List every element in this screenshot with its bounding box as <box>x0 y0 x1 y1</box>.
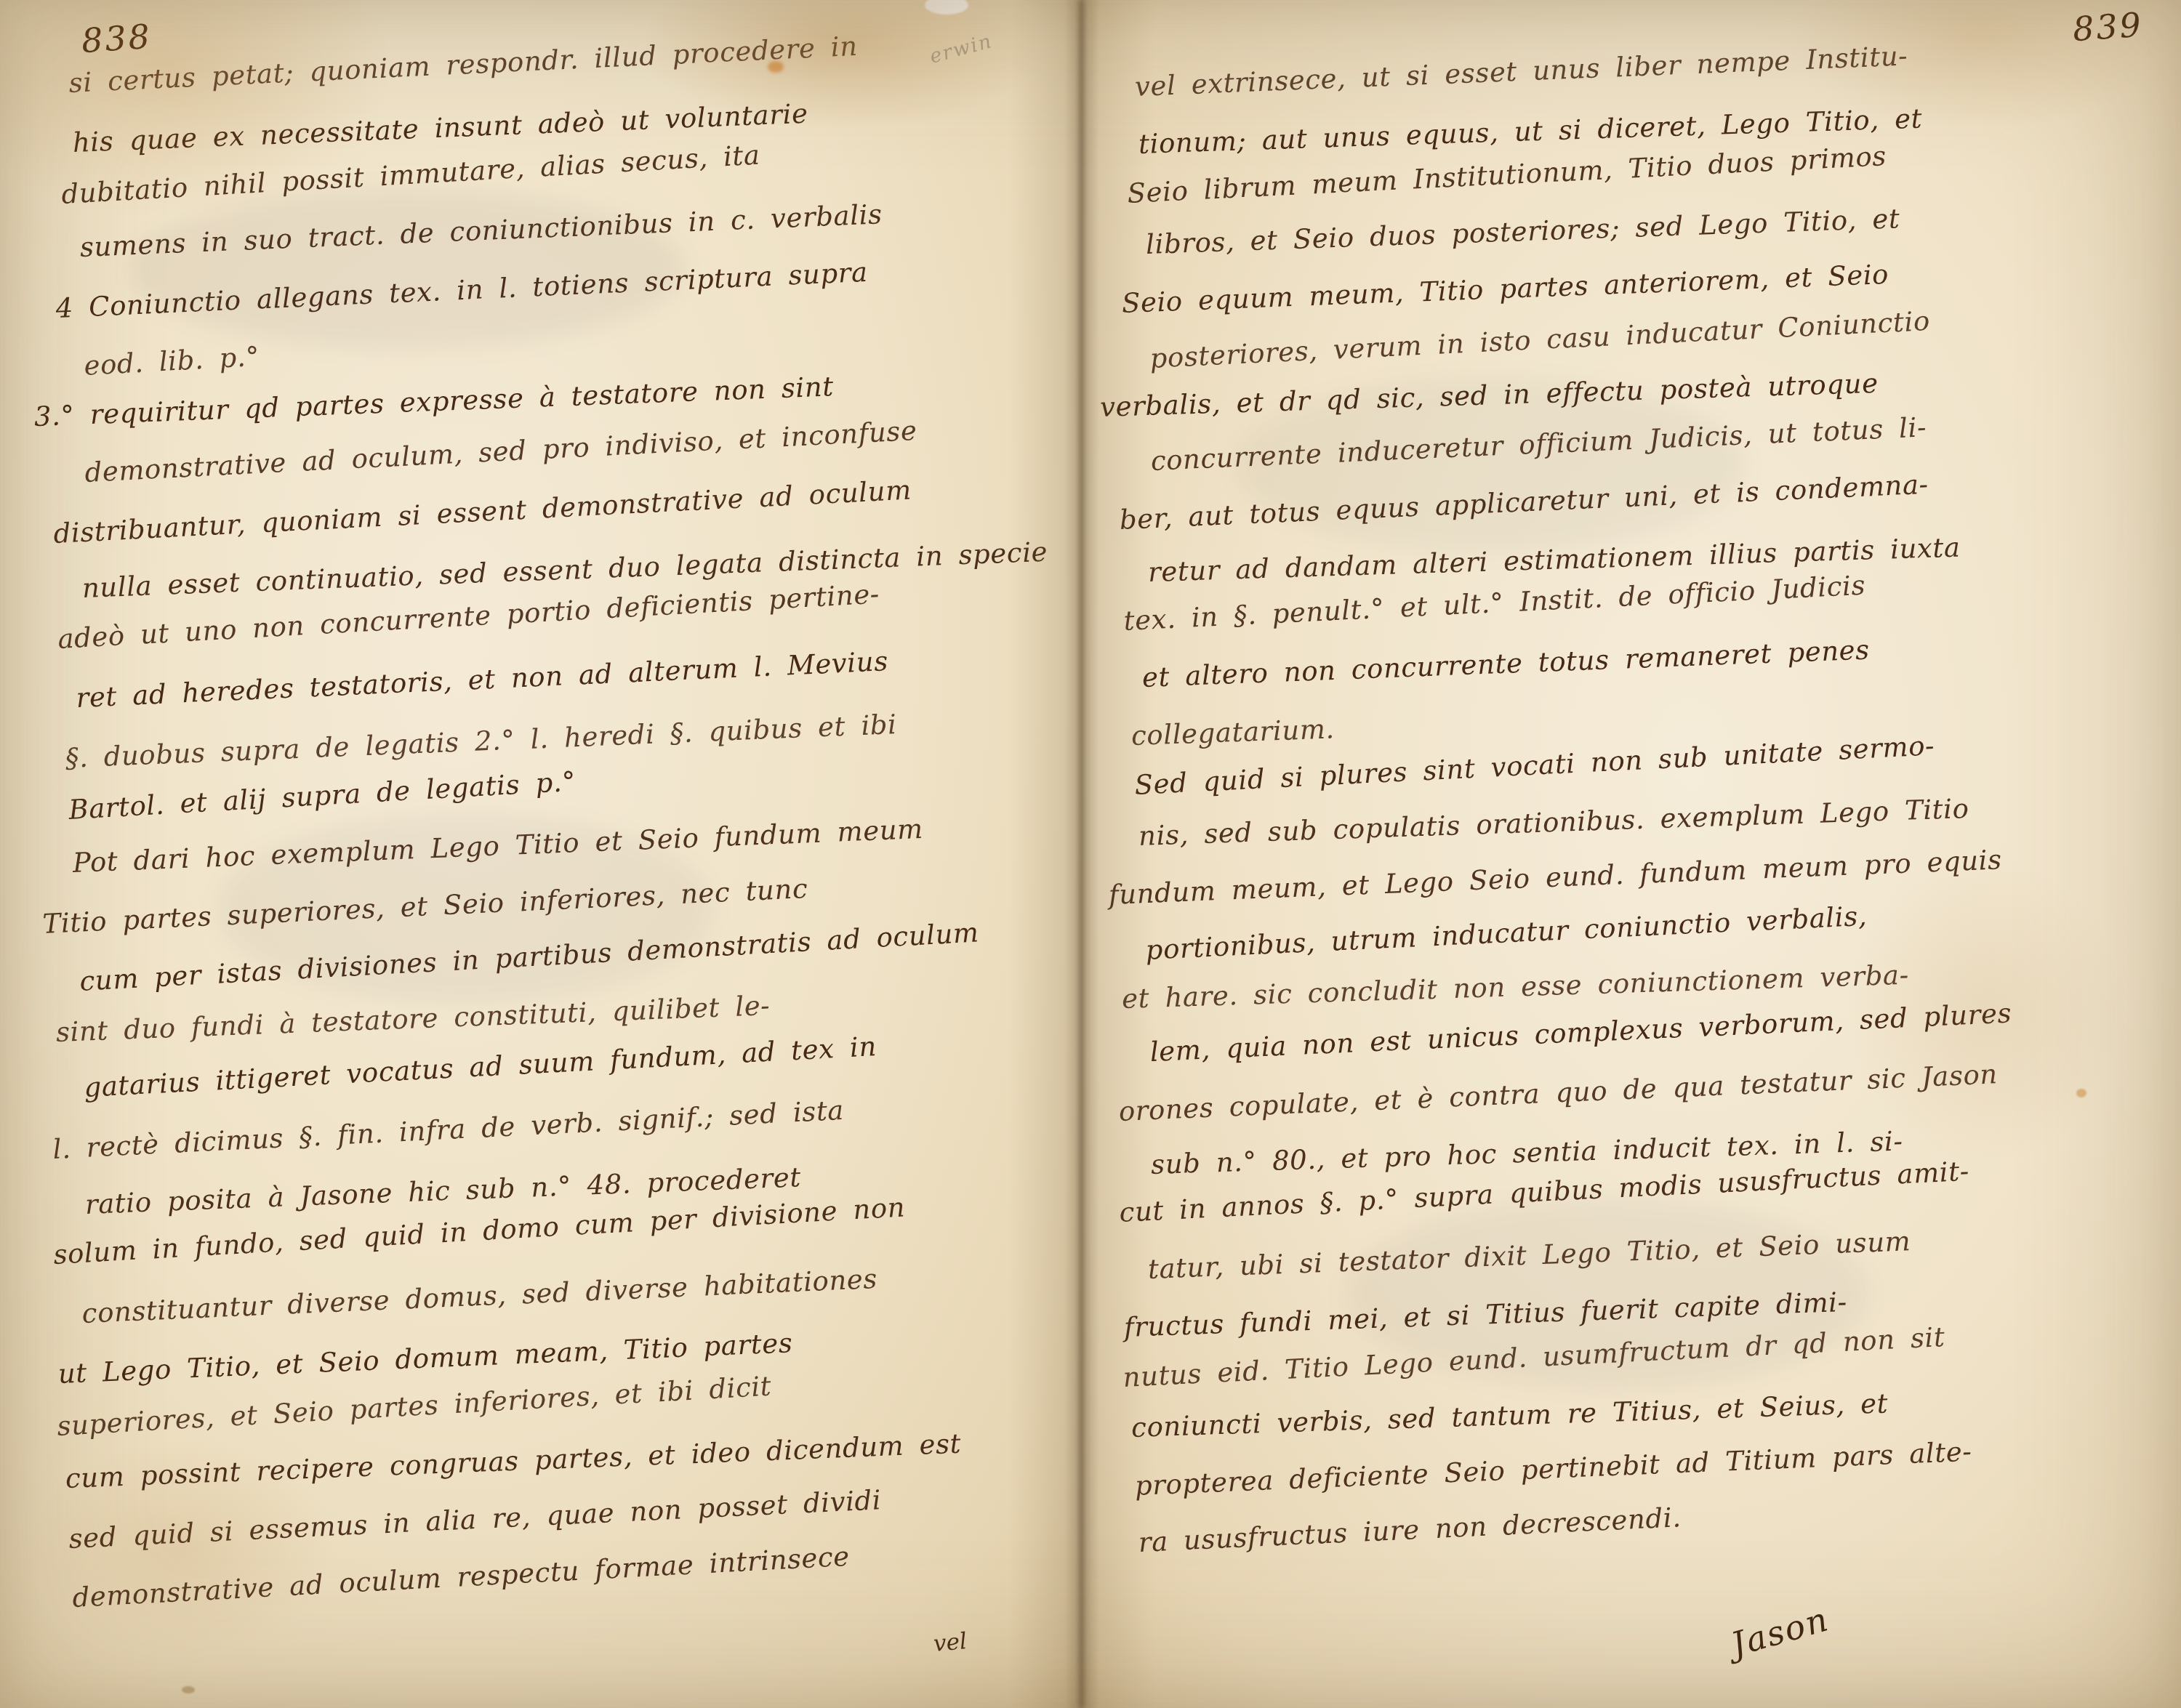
author-signature: Jason <box>1727 1599 1833 1664</box>
manuscript-page-left: 838 si certus petat; quoniam respondr. i… <box>0 0 1090 1708</box>
left-page-text-block: si certus petat; quoniam respondr. illud… <box>70 58 1037 1625</box>
manuscript-photo: 838 si certus petat; quoniam respondr. i… <box>0 0 2181 1708</box>
right-page-text-block: vel extrinsece, ut si esset unus liber n… <box>1136 63 2153 1568</box>
manuscript-page-right: 839 vel extrinsece, ut si esset unus lib… <box>1090 0 2181 1708</box>
catchword: vel <box>933 1628 968 1657</box>
